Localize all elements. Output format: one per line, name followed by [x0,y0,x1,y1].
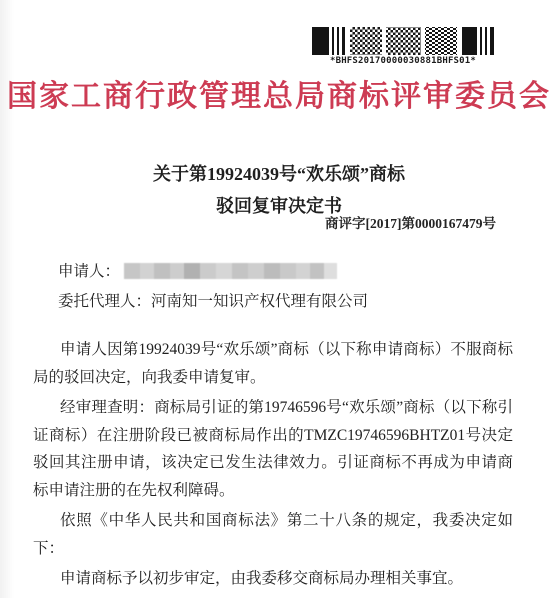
applicant-name-redacted [124,263,337,279]
applicant-label: 申请人： [58,263,120,280]
paragraph-decision: 申请商标予以初步审定，由我委移交商标局办理相关事宜。 [33,565,513,593]
authority-title: 国家工商行政管理总局商标评审委员会 [0,78,558,115]
decision-body: 申请人因第19924039号“欢乐颂”商标（以下称申请商标）不服商标局的驳回决定… [33,336,513,593]
barcode-text: *BHFS20170000030881BHFS01* [312,56,494,66]
agent-name: 河南知一知识产权代理有限公司 [151,293,368,310]
agent-line: 委托代理人：河南知一知识产权代理有限公司 [58,287,558,317]
paragraph-legal-basis: 依照《中华人民共和国商标法》第二十八条的规定，我委决定如下： [33,507,513,562]
paragraph-findings: 经审理查明：商标局引证的第19746596号“欢乐颂”商标（以下称引证商标）在注… [33,394,513,504]
agent-label: 委托代理人： [58,293,151,310]
barcode-block: *BHFS20170000030881BHFS01* [312,27,494,66]
applicant-line: 申请人： [58,257,558,287]
paragraph-application: 申请人因第19924039号“欢乐颂”商标（以下称申请商标）不服商标局的驳回决定… [33,336,513,391]
document-page: *BHFS20170000030881BHFS01* 国家工商行政管理总局商标评… [0,0,558,598]
parties-section: 申请人： 委托代理人：河南知一知识产权代理有限公司 [58,257,558,317]
barcode-image [312,27,494,55]
document-title-line1: 关于第19924039号“欢乐颂”商标 [0,158,558,190]
document-title: 关于第19924039号“欢乐颂”商标 驳回复审决定书 [0,158,558,222]
